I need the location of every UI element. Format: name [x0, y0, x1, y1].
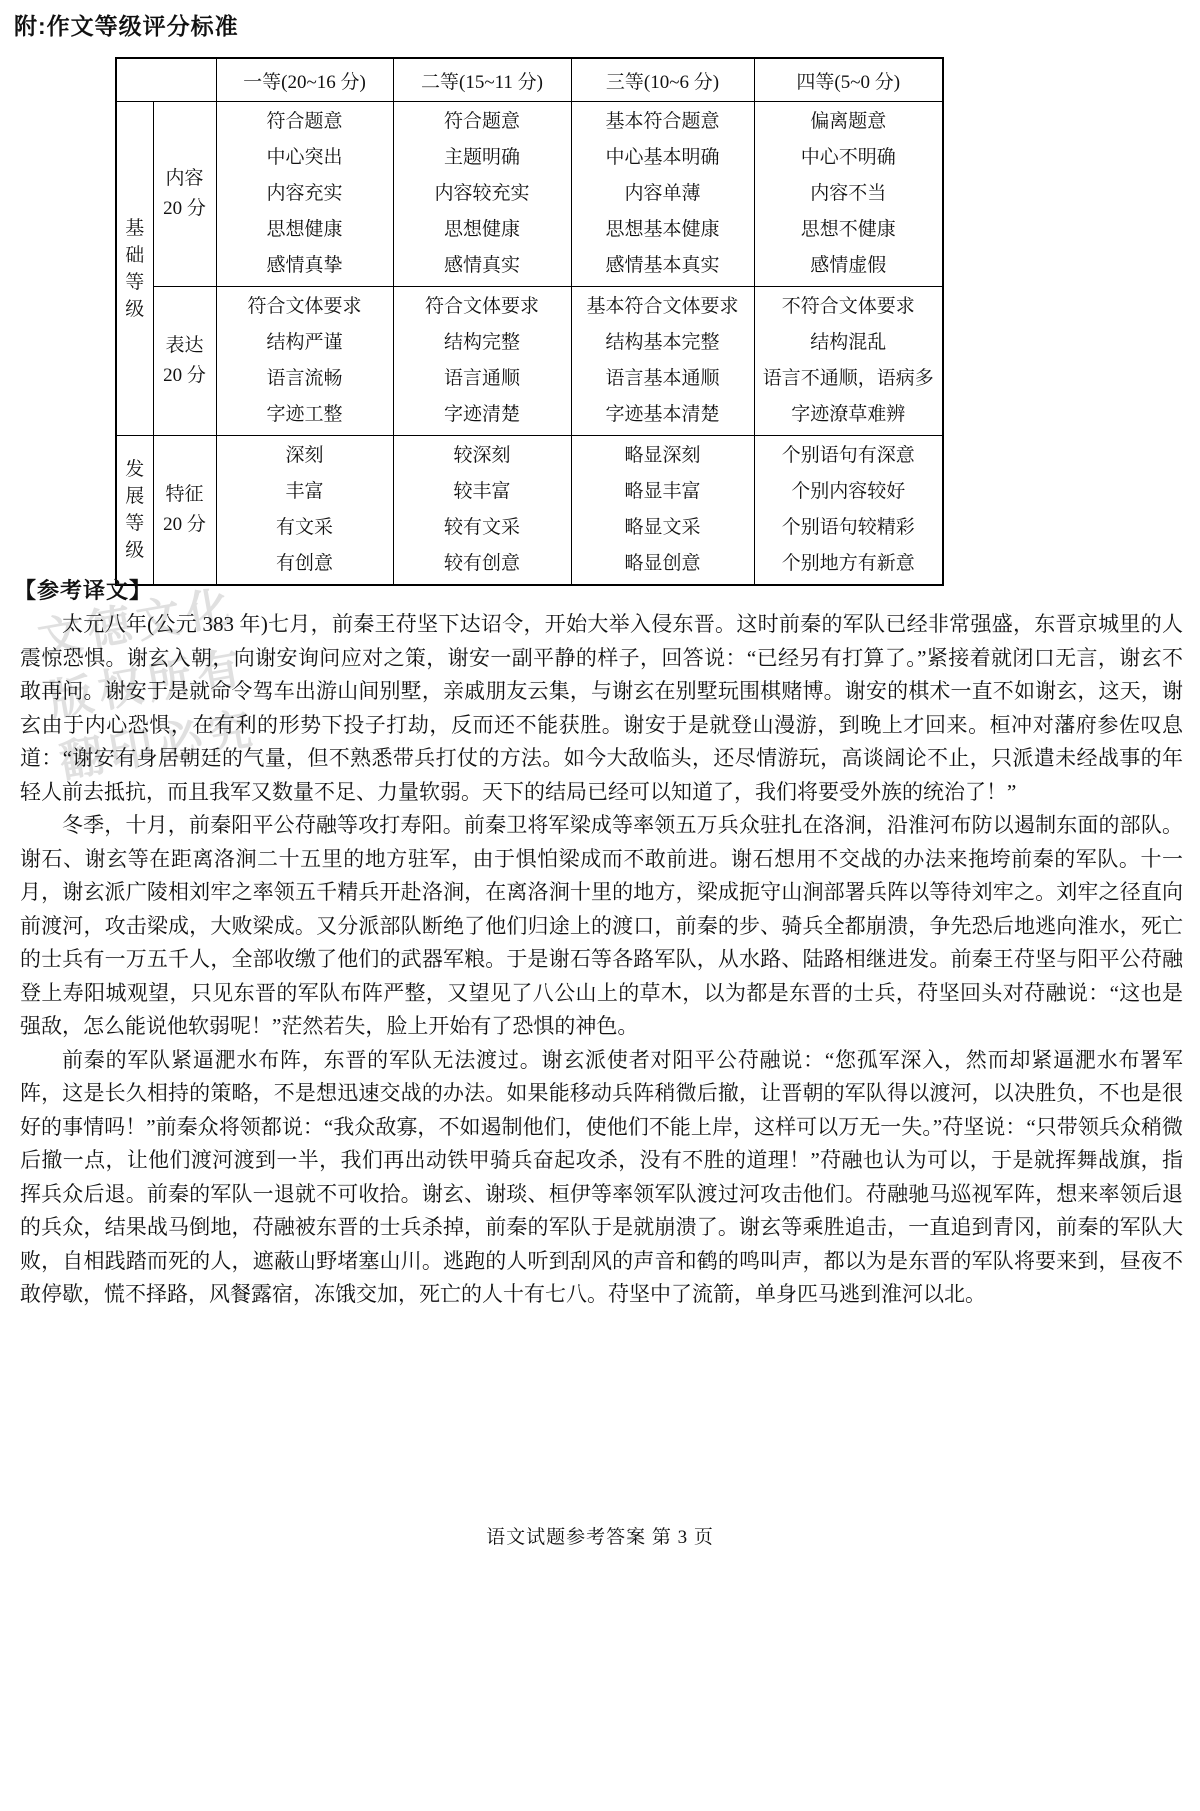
table-row-feature: 发展等级 特征 20 分 深刻 丰富 有文采 有创意 较深刻 较丰富 较有文采 … [116, 436, 943, 586]
row-label-feature: 特征 20 分 [153, 436, 216, 586]
table-row-content: 基础等级 内容 20 分 符合题意 中心突出 内容充实 思想健康 感情真挚 符合… [116, 102, 943, 287]
cell-expression-grade-4: 不符合文体要求 结构混乱 语言不通顺，语病多 字迹潦草难辨 [754, 287, 943, 436]
table-row-expression: 表达 20 分 符合文体要求 结构严谨 语言流畅 字迹工整 符合文体要求 结构完… [116, 287, 943, 436]
translation-paragraph-1: 太元八年(公元 383 年)七月，前秦王苻坚下达诏令，开始大举入侵东晋。这时前秦… [20, 608, 1183, 809]
cell-expression-grade-1: 符合文体要求 结构严谨 语言流畅 字迹工整 [216, 287, 393, 436]
cell-content-grade-2: 符合题意 主题明确 内容较充实 思想健康 感情真实 [393, 102, 571, 287]
translation-heading: 【参考译文】 [14, 574, 152, 605]
cell-expression-grade-2: 符合文体要求 结构完整 语言通顺 字迹清楚 [393, 287, 571, 436]
translation-body: 太元八年(公元 383 年)七月，前秦王苻坚下达诏令，开始大举入侵东晋。这时前秦… [20, 608, 1183, 1312]
col-header-grade-2: 二等(15~11 分) [393, 58, 571, 102]
cell-feature-grade-3: 略显深刻 略显丰富 略显文采 略显创意 [571, 436, 754, 586]
row-group-basic-level: 基础等级 [116, 102, 153, 436]
row-label-content: 内容 20 分 [153, 102, 216, 287]
cell-content-grade-4: 偏离题意 中心不明确 内容不当 思想不健康 感情虚假 [754, 102, 943, 287]
cell-feature-grade-4: 个别语句有深意 个别内容较好 个别语句较精彩 个别地方有新意 [754, 436, 943, 586]
row-label-expression: 表达 20 分 [153, 287, 216, 436]
essay-grading-table: 一等(20~16 分) 二等(15~11 分) 三等(10~6 分) 四等(5~… [115, 57, 944, 586]
col-header-grade-1: 一等(20~16 分) [216, 58, 393, 102]
appendix-title: 附:作文等级评分标准 [14, 8, 239, 41]
table-corner-blank [116, 58, 216, 102]
exam-answer-page: 附:作文等级评分标准 一等(20~16 分) 二等(15~11 分) 三等(10… [0, 0, 1200, 1811]
cell-content-grade-1: 符合题意 中心突出 内容充实 思想健康 感情真挚 [216, 102, 393, 287]
translation-paragraph-3: 前秦的军队紧逼淝水布阵，东晋的军队无法渡过。谢玄派使者对阳平公苻融说：“您孤军深… [20, 1044, 1183, 1312]
table-header-row: 一等(20~16 分) 二等(15~11 分) 三等(10~6 分) 四等(5~… [116, 58, 943, 102]
row-group-development-level: 发展等级 [116, 436, 153, 586]
translation-paragraph-2: 冬季，十月，前秦阳平公苻融等攻打寿阳。前秦卫将军梁成等率领五万兵众驻扎在洛涧，沿… [20, 809, 1183, 1044]
cell-feature-grade-1: 深刻 丰富 有文采 有创意 [216, 436, 393, 586]
cell-content-grade-3: 基本符合题意 中心基本明确 内容单薄 思想基本健康 感情基本真实 [571, 102, 754, 287]
cell-feature-grade-2: 较深刻 较丰富 较有文采 较有创意 [393, 436, 571, 586]
col-header-grade-3: 三等(10~6 分) [571, 58, 754, 102]
col-header-grade-4: 四等(5~0 分) [754, 58, 943, 102]
page-footer: 语文试题参考答案 第 3 页 [0, 1522, 1200, 1549]
cell-expression-grade-3: 基本符合文体要求 结构基本完整 语言基本通顺 字迹基本清楚 [571, 287, 754, 436]
